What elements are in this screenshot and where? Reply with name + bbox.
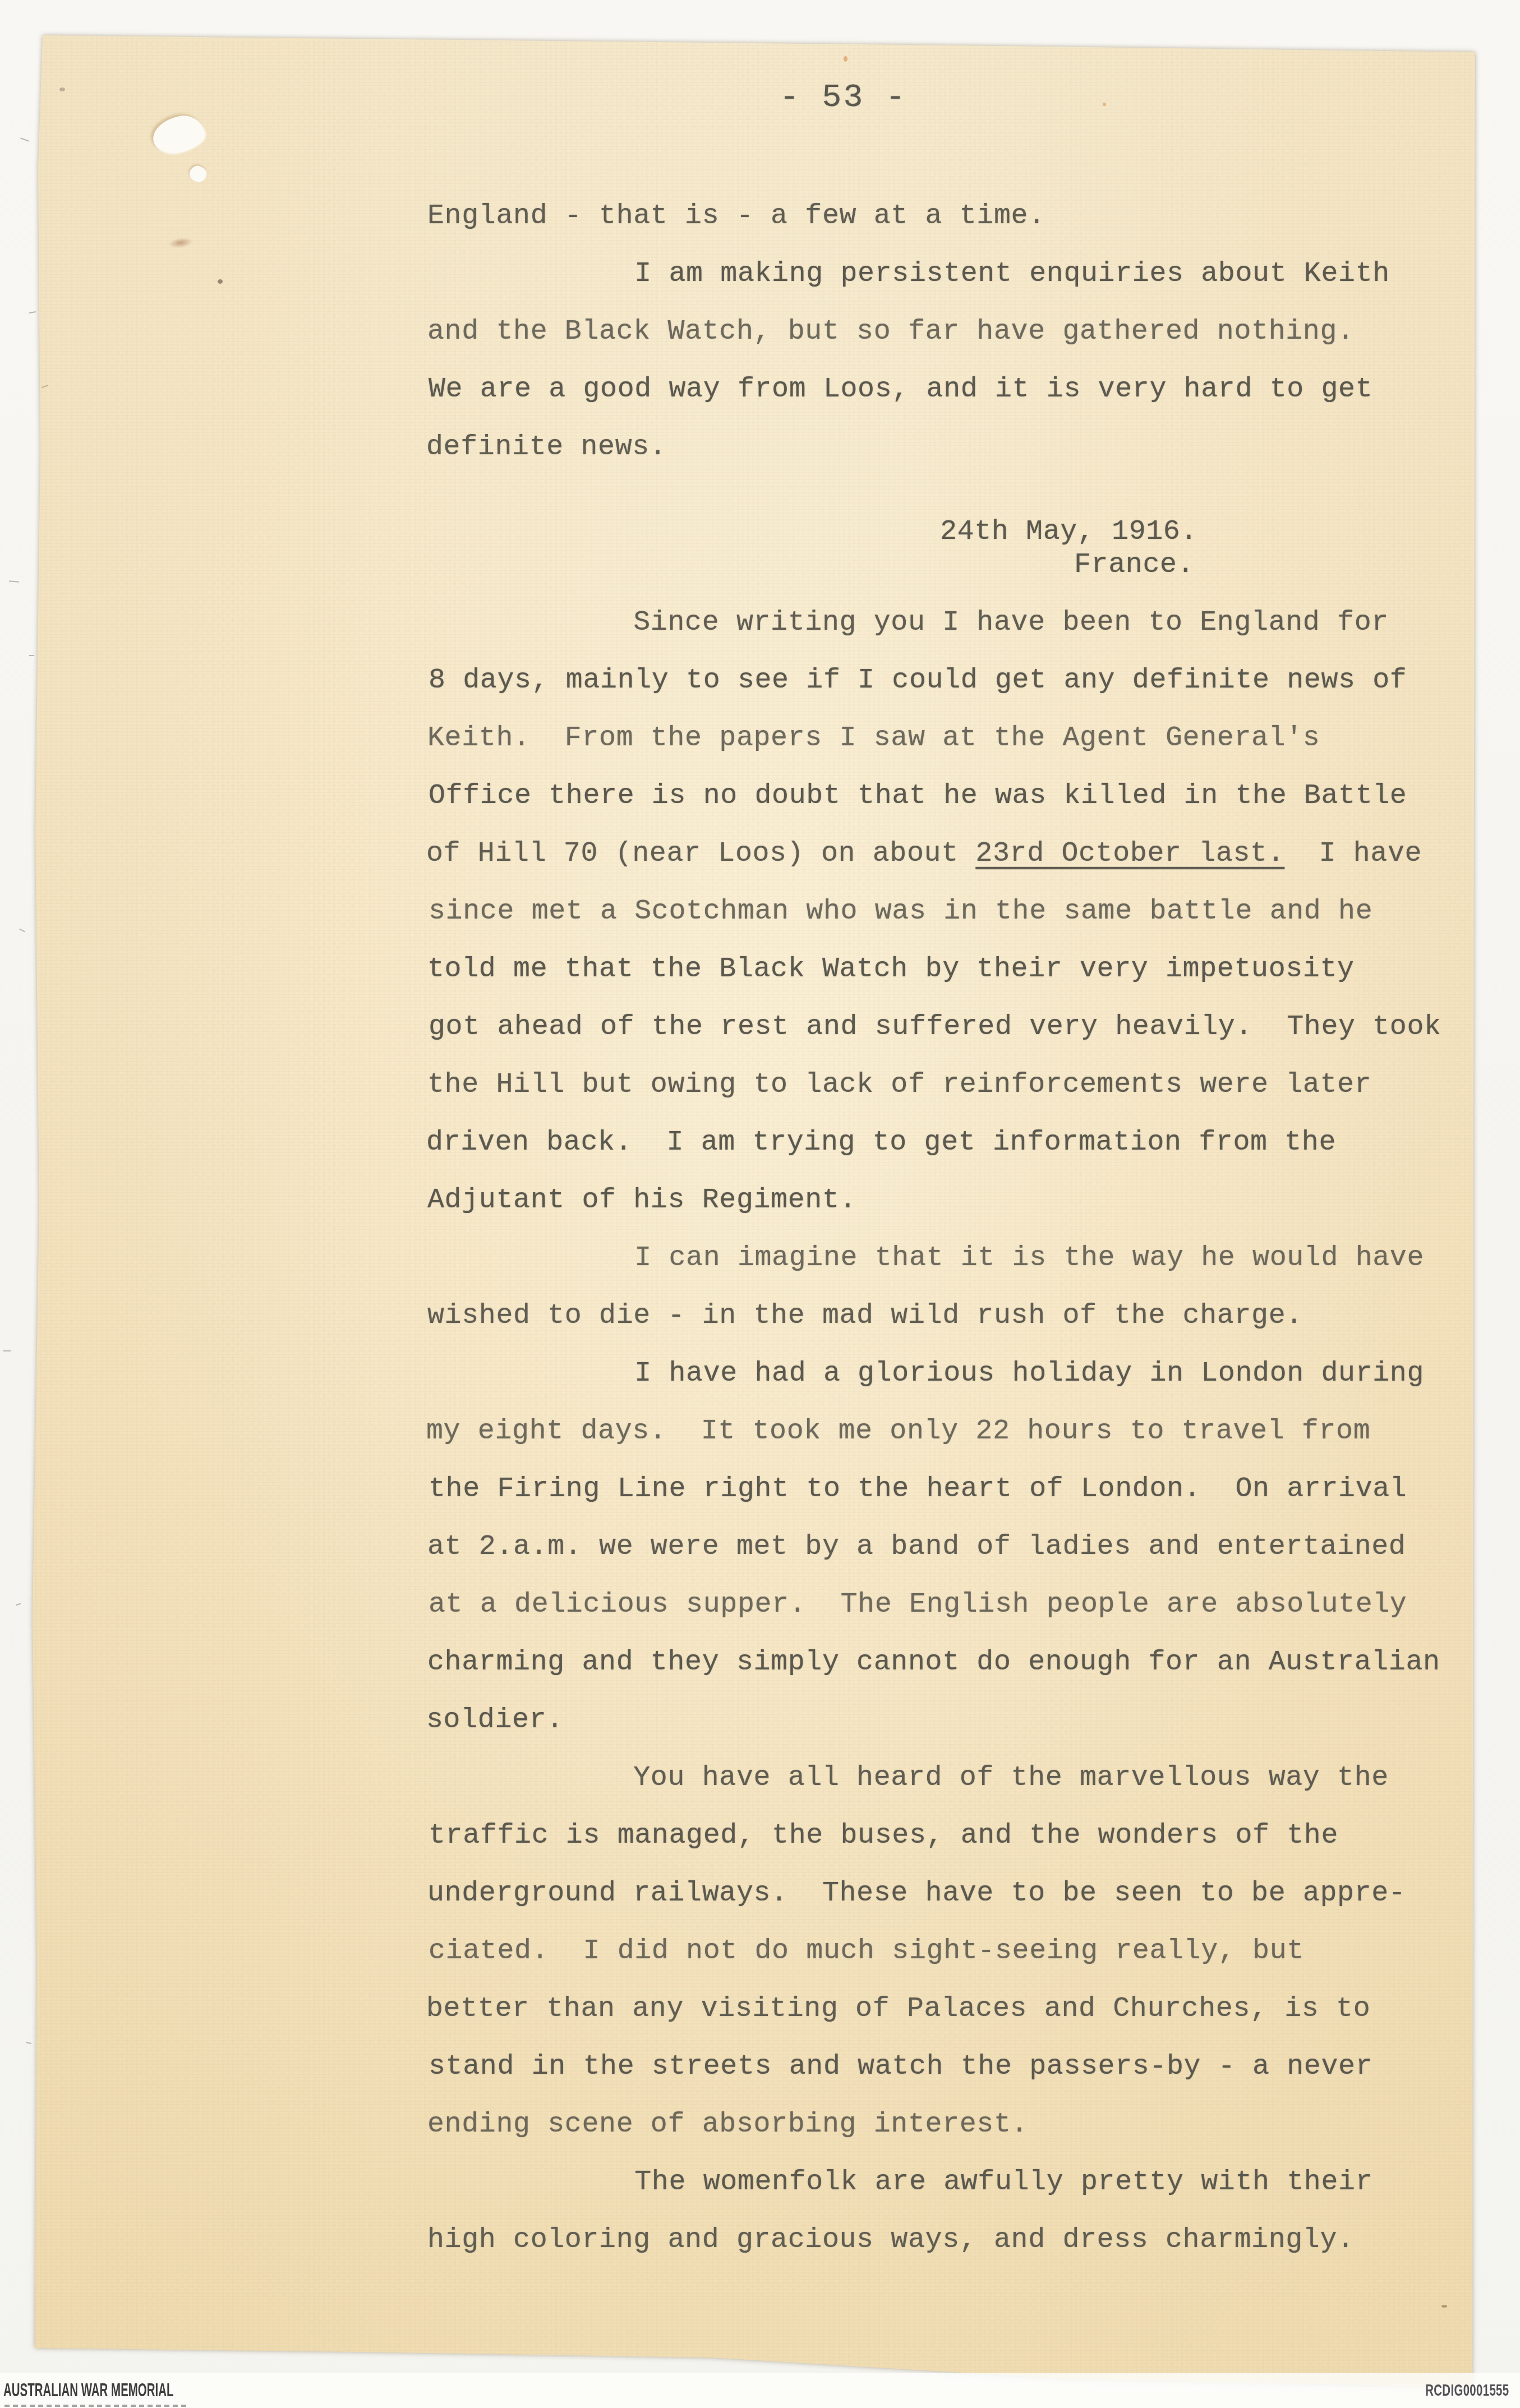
typed-line: definite news. — [426, 418, 1388, 476]
typed-text: of Hill 70 (near Loos) on about — [426, 838, 975, 870]
typed-line: charming and they simply cannot do enoug… — [427, 1634, 1440, 1691]
typed-line: since met a Scotchman who was in the sam… — [429, 883, 1441, 940]
typed-line: told me that the Black Watch by their ve… — [427, 940, 1440, 998]
scanned-letter-page: - 53 - England - that is - a few at a ti… — [0, 0, 1520, 2408]
typed-line: I am making persistent enquiries about K… — [429, 245, 1390, 303]
typed-line: We are a good way from Loos, and it is v… — [429, 361, 1390, 418]
page-number: - 53 - — [780, 80, 907, 116]
letter-paper: - 53 - England - that is - a few at a ti… — [0, 0, 1520, 2408]
dateline-place: France. — [1074, 549, 1194, 581]
reference-number: RCDIG0001555 — [1425, 2381, 1509, 2400]
scanner-mark — [3, 1350, 11, 1351]
typed-line: ciated. I did not do much sight-seeing r… — [429, 1922, 1441, 1980]
paper-tear-small — [187, 164, 208, 184]
typed-line: and the Black Watch, but so far have gat… — [427, 303, 1389, 361]
typed-line: stand in the streets and watch the passe… — [429, 2038, 1441, 2096]
typed-line: I can imagine that it is the way he woul… — [429, 1229, 1441, 1287]
typed-line: traffic is managed, the buses, and the w… — [429, 1807, 1441, 1865]
typed-line: The womenfolk are awfully pretty with th… — [429, 2153, 1441, 2211]
typed-line: I have had a glorious holiday in London … — [429, 1345, 1441, 1403]
typed-line: better than any visiting of Palaces and … — [426, 1980, 1439, 2038]
letter-body: Since writing you I have been to England… — [427, 594, 1440, 2269]
dateline-date: 24th May, 1916. — [940, 516, 1197, 548]
typed-line: of Hill 70 (near Loos) on about 23rd Oct… — [426, 825, 1439, 883]
paper-fleck — [844, 56, 847, 62]
typed-line: ending scene of absorbing interest. — [427, 2096, 1440, 2153]
typed-line: Adjutant of his Regiment. — [427, 1171, 1440, 1229]
paper-speck — [59, 87, 65, 91]
typed-line: the Firing Line right to the heart of Lo… — [429, 1460, 1441, 1518]
typed-line: England - that is - a few at a time. — [427, 187, 1389, 245]
archive-label: AUSTRALIAN WAR MEMORIAL — [3, 2379, 173, 2401]
typed-line: at a delicious supper. The English peopl… — [429, 1576, 1441, 1634]
typed-line: Since writing you I have been to England… — [427, 594, 1440, 652]
paper-speck — [218, 279, 223, 284]
paper-stain — [168, 236, 194, 250]
scanner-mark — [29, 655, 34, 656]
typed-line: wished to die - in the mad wild rush of … — [427, 1287, 1440, 1345]
typed-line: Keith. From the papers I saw at the Agen… — [427, 709, 1440, 767]
typed-text: I have — [1284, 838, 1422, 870]
paper-fleck — [1103, 103, 1106, 106]
typed-line: at 2.a.m. we were met by a band of ladie… — [427, 1518, 1440, 1576]
typed-line: driven back. I am trying to get informat… — [426, 1114, 1439, 1171]
typed-line: got ahead of the rest and suffered very … — [429, 998, 1441, 1056]
typed-line: high coloring and gracious ways, and dre… — [427, 2211, 1440, 2269]
paper-shadow-wrap: - 53 - England - that is - a few at a ti… — [0, 0, 1520, 2408]
cutoff-text-line — [4, 2405, 190, 2407]
typed-line: 8 days, mainly to see if I could get any… — [429, 652, 1441, 709]
paper-fleck — [1441, 2305, 1447, 2308]
typed-line: the Hill but owing to lack of reinforcem… — [427, 1056, 1440, 1114]
underlined-text: 23rd October last. — [975, 838, 1284, 870]
typed-line: my eight days. It took me only 22 hours … — [426, 1403, 1439, 1460]
paragraph-top: England - that is - a few at a time. I a… — [427, 187, 1389, 476]
typed-line: Office there is no doubt that he was kil… — [429, 767, 1441, 825]
archive-footer-strip — [0, 2373, 1520, 2408]
paper-tear-large — [150, 112, 208, 156]
typed-line: underground railways. These have to be s… — [427, 1865, 1440, 1922]
typed-line: soldier. — [426, 1691, 1439, 1749]
typed-line: You have all heard of the marvellous way… — [427, 1749, 1440, 1807]
